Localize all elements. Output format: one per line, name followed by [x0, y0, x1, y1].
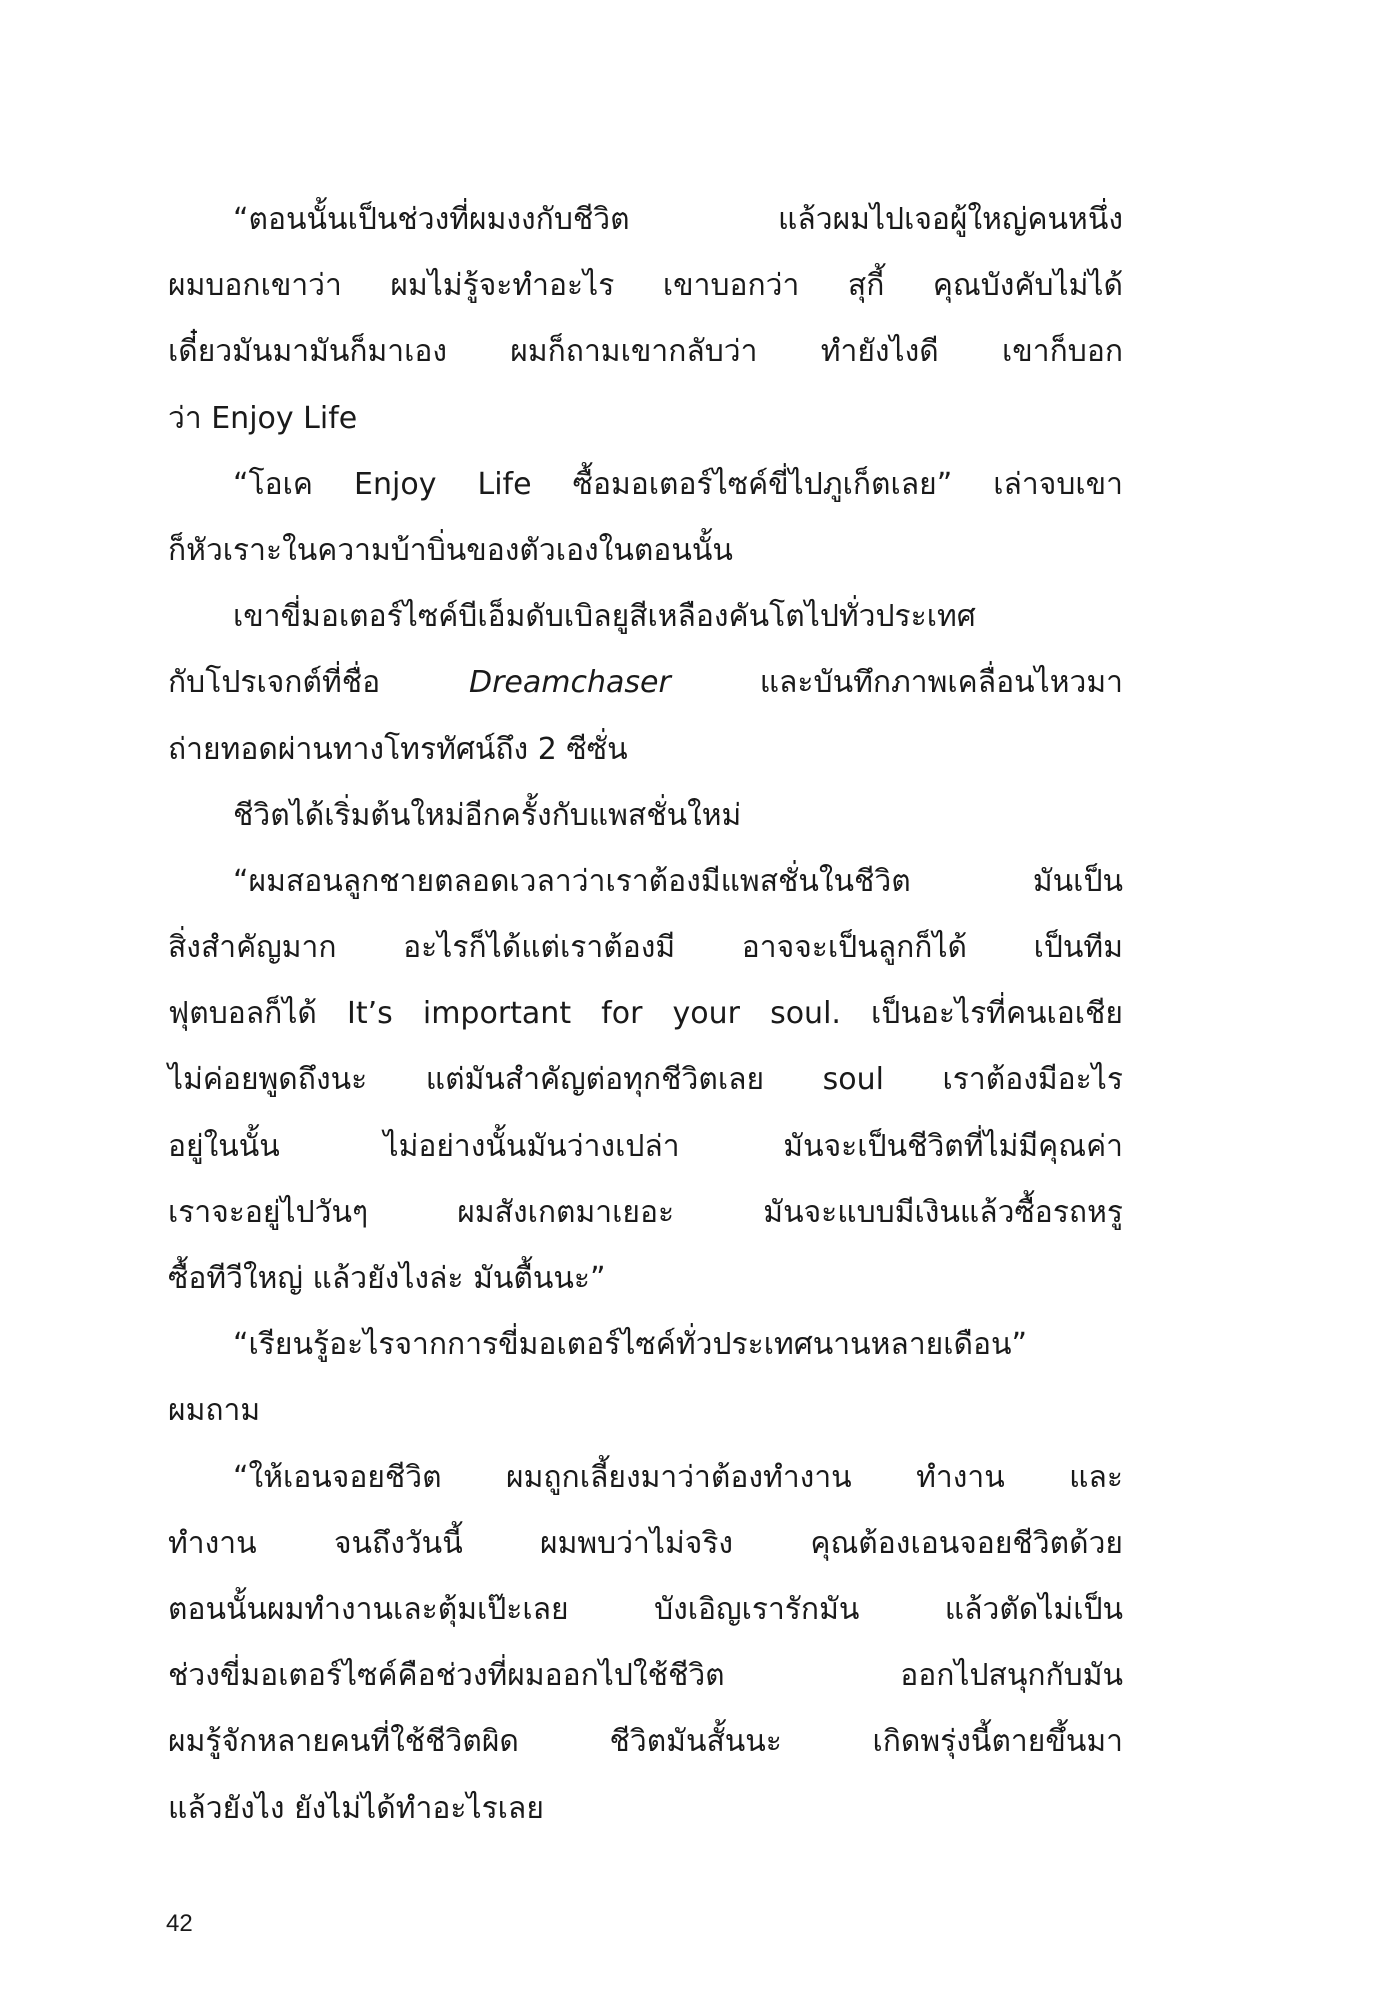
text-line: ว่า Enjoy Life [168, 386, 1123, 452]
text-segment: กับโปรเจกต์ที่ชื่อ [168, 665, 469, 700]
text-line: ชีวิตได้เริ่มต้นใหม่อีกครั้งกับแพสชั่นให… [168, 783, 1123, 849]
text-line: กับโปรเจกต์ที่ชื่อ Dreamchaser และบันทึก… [168, 650, 1123, 716]
text-line: “ให้เอนจอยชีวิต ผมถูกเลี้ยงมาว่าต้องทำงา… [168, 1445, 1123, 1511]
text-line: ซื้อทีวีใหญ่ แล้วยังไงล่ะ มันตื้นนะ” [168, 1246, 1123, 1312]
paragraph-1: “ตอนนั้นเป็นช่วงที่ผมงงกับชีวิต แล้วผมไป… [168, 187, 1123, 452]
text-line: ถ่ายทอดผ่านทางโทรทัศน์ถึง 2 ซีซั่น [168, 717, 1123, 783]
text-line: ไม่ค่อยพูดถึงนะ แต่มันสำคัญต่อทุกชีวิตเล… [168, 1047, 1123, 1113]
text-line: ทำงาน จนถึงวันนี้ ผมพบว่าไม่จริง คุณต้อง… [168, 1511, 1123, 1577]
paragraph-5: “ผมสอนลูกชายตลอดเวลาว่าเราต้องมีแพสชั่นใ… [168, 849, 1123, 1312]
paragraph-6: “เรียนรู้อะไรจากการขี่มอเตอร์ไซค์ทั่วประ… [168, 1312, 1123, 1444]
text-line: เราจะอยู่ไปวันๆ ผมสังเกตมาเยอะ มันจะแบบม… [168, 1180, 1123, 1246]
text-line: สิ่งสำคัญมาก อะไรก็ได้แต่เราต้องมี อาจจะ… [168, 915, 1123, 981]
paragraph-7: “ให้เอนจอยชีวิต ผมถูกเลี้ยงมาว่าต้องทำงา… [168, 1445, 1123, 1842]
text-line: ก็หัวเราะในความบ้าบิ่นของตัวเองในตอนนั้น [168, 518, 1123, 584]
text-segment: และบันทึกภาพเคลื่อนไหวมา [671, 665, 1123, 700]
text-line: “ตอนนั้นเป็นช่วงที่ผมงงกับชีวิต แล้วผมไป… [168, 187, 1123, 253]
text-line: “โอเค Enjoy Life ซื้อมอเตอร์ไซค์ขี่ไปภูเ… [168, 452, 1123, 518]
book-page: “ตอนนั้นเป็นช่วงที่ผมงงกับชีวิต แล้วผมไป… [0, 0, 1400, 2016]
paragraph-4: ชีวิตได้เริ่มต้นใหม่อีกครั้งกับแพสชั่นให… [168, 783, 1123, 849]
body-text: “ตอนนั้นเป็นช่วงที่ผมงงกับชีวิต แล้วผมไป… [168, 187, 1123, 1842]
page-number: 42 [166, 1908, 193, 1940]
text-line: “เรียนรู้อะไรจากการขี่มอเตอร์ไซค์ทั่วประ… [168, 1312, 1123, 1378]
text-line: เดี๋ยวมันมามันก็มาเอง ผมก็ถามเขากลับว่า … [168, 319, 1123, 385]
paragraph-2: “โอเค Enjoy Life ซื้อมอเตอร์ไซค์ขี่ไปภูเ… [168, 452, 1123, 584]
text-line: ผมบอกเขาว่า ผมไม่รู้จะทำอะไร เขาบอกว่า ส… [168, 253, 1123, 319]
text-line: อยู่ในนั้น ไม่อย่างนั้นมันว่างเปล่า มันจ… [168, 1114, 1123, 1180]
text-line: ฟุตบอลก็ได้ It’s important for your soul… [168, 981, 1123, 1047]
text-line: ตอนนั้นผมทำงานเละตุ้มเป๊ะเลย บังเอิญเราร… [168, 1577, 1123, 1643]
text-line: แล้วยังไง ยังไม่ได้ทำอะไรเลย [168, 1776, 1123, 1842]
text-line: เขาขี่มอเตอร์ไซค์บีเอ็มดับเบิลยูสีเหลือง… [168, 584, 1123, 650]
project-title-italic: Dreamchaser [469, 665, 671, 700]
text-line: “ผมสอนลูกชายตลอดเวลาว่าเราต้องมีแพสชั่นใ… [168, 849, 1123, 915]
paragraph-3: เขาขี่มอเตอร์ไซค์บีเอ็มดับเบิลยูสีเหลือง… [168, 584, 1123, 783]
text-line: ช่วงขี่มอเตอร์ไซค์คือช่วงที่ผมออกไปใช้ชี… [168, 1643, 1123, 1709]
text-line: ผมถาม [168, 1378, 1123, 1444]
text-line: ผมรู้จักหลายคนที่ใช้ชีวิตผิด ชีวิตมันสั้… [168, 1709, 1123, 1775]
